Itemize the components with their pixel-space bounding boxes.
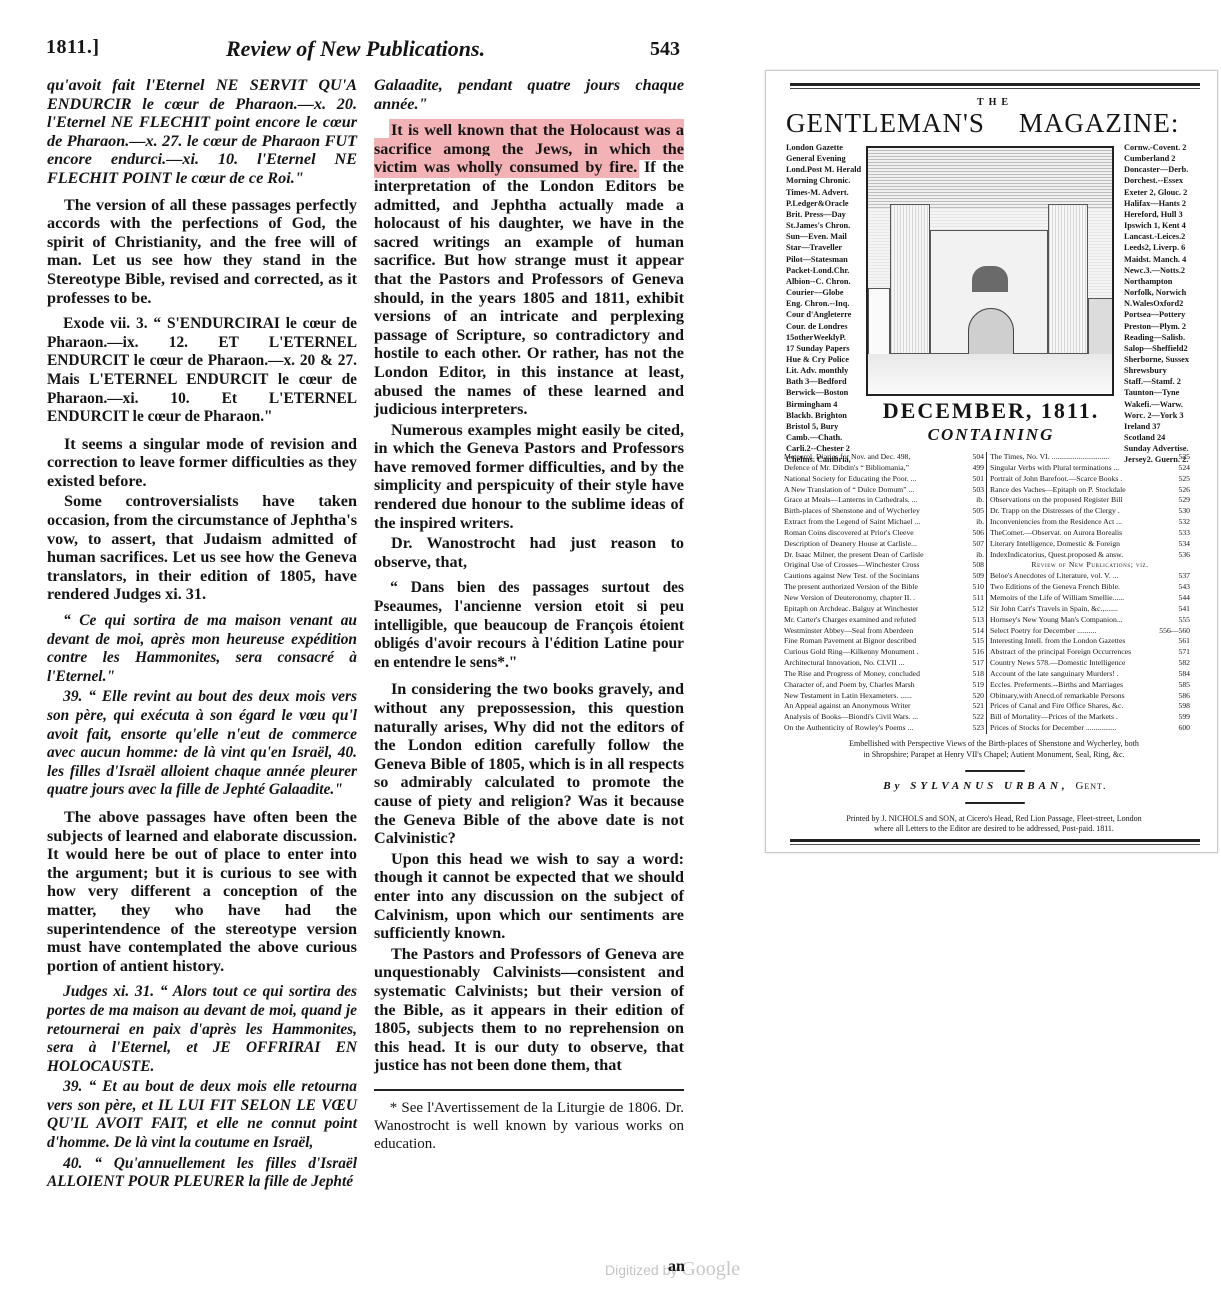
contents-row: Mr. Carter's Charges examined and refute… <box>784 615 984 626</box>
contents-title: Memoirs of the Life of William Smellie..… <box>990 593 1124 604</box>
contents-title: Description of Deanery House at Carlisle… <box>784 539 917 550</box>
contents-title: Epitaph on Archdeac. Balguy at Wincheste… <box>784 604 918 615</box>
paragraph: The version of all these passages perfec… <box>47 196 357 308</box>
contents-page: 503 <box>970 485 984 496</box>
contents-page: 599 <box>1176 712 1190 723</box>
contents-row: Description of Deanery House at Carlisle… <box>784 539 984 550</box>
contents-title: Beloe's Anecdotes of Literature, vol. V.… <box>990 571 1118 582</box>
contents-title: Literary Intelligence, Domestic & Foreig… <box>990 539 1120 550</box>
contents-page: 536 <box>1176 550 1190 561</box>
author-title: Gent. <box>1075 780 1106 792</box>
contents-title: New Testament in Latin Hexameters. .....… <box>784 691 912 702</box>
contents-row: Observations on the proposed Register Bi… <box>990 495 1190 506</box>
contents-page: 534 <box>1176 539 1190 550</box>
contents-page: ib. <box>974 550 984 561</box>
contents-row: Obituary,with Anecd.of remarkable Person… <box>990 691 1190 702</box>
contents-page: 533 <box>1176 528 1190 539</box>
issue-date: DECEMBER, 1811. <box>866 398 1116 424</box>
newspaper-list: London GazetteGeneral EveningLond.Post M… <box>786 142 864 466</box>
list-item: Sunday Advertise. <box>1124 443 1208 454</box>
contents-title: National Society for Educating the Poor.… <box>784 474 916 485</box>
contents-title: New Version of Deuteronomy, chapter II. … <box>784 593 915 604</box>
contents-title: Abstract of the principal Foreign Occurr… <box>990 647 1131 658</box>
contents-row: Account of the late sanguinary Murders! … <box>990 669 1190 680</box>
containing-label: CONTAINING <box>866 425 1116 445</box>
contents-page: 530 <box>1176 506 1190 517</box>
contents-row: Curious Gold Ring—Kilkenny Monument .516 <box>784 647 984 658</box>
paragraph: Numerous examples might easily be cited,… <box>374 421 684 533</box>
paragraph: Galaadite, pendant quatre jours chaque a… <box>374 76 684 113</box>
contents-title: On the Authenticity of Rowley's Poems ..… <box>784 723 913 734</box>
running-head: 1811.] Review of New Publications. 543 <box>46 36 686 66</box>
contents-title: Account of the late sanguinary Murders! … <box>990 669 1119 680</box>
contents-page: 585 <box>1176 680 1190 691</box>
footnote: * See l'Avertissement de la Liturgie de … <box>374 1099 684 1153</box>
contents-row: Dr. Trapp on the Distresses of the Clerg… <box>990 506 1190 517</box>
paragraph: It is well known that the Holocaust was … <box>374 121 684 419</box>
contents-title: An Appeal against an Anonymous Writer <box>784 701 911 712</box>
contents-row: The present authorized Version of the Bi… <box>784 582 984 593</box>
list-item: Cour d'Angleterre <box>786 309 864 320</box>
list-item: Times-M. Advert. <box>786 187 864 198</box>
engraving-right-tower <box>1048 204 1088 354</box>
list-item: Newc.3.—Notts.2 <box>1124 265 1208 276</box>
imprint-line-1: Printed by J. NICHOLS and SON, at Cicero… <box>784 814 1204 825</box>
engraving-window <box>972 266 1008 292</box>
contents-page: 520 <box>970 691 984 702</box>
contents-row: Character of, and Poem by, Charles Marsh… <box>784 680 984 691</box>
contents-row: Analysis of Books—Biondi's Civil Wars. .… <box>784 712 984 723</box>
paragraph: qu'avoit fait l'Eternel NE SERVIT QU'A E… <box>47 76 357 188</box>
contents-title: The Times, No. VI. .....................… <box>990 452 1109 463</box>
paragraph: Some controversialists have taken occasi… <box>47 492 357 604</box>
contents-row: Roman Coins discovered at Prior's Cleeve… <box>784 528 984 539</box>
list-item: Morning Chronic. <box>786 175 864 186</box>
paragraph: The Pastors and Professors of Geneva are… <box>374 945 684 1075</box>
list-item: Salop—Sheffield2 <box>1124 343 1208 354</box>
engraving-archway <box>968 308 1014 356</box>
list-item: Jersey2. Guern. 2. <box>1124 454 1208 465</box>
contents-page: 582 <box>1176 658 1190 669</box>
paragraph: Exode vii. 3. “ S'ENDURCIRAI le cœur de … <box>47 315 357 427</box>
contents-row: National Society for Educating the Poor.… <box>784 474 984 485</box>
contents-title: Cautions against New Test. of the Socini… <box>784 571 919 582</box>
contents-title: Prices of Stocks for December ..........… <box>990 723 1117 734</box>
contents-page: 541 <box>1176 604 1190 615</box>
contents-page: 598 <box>1176 701 1190 712</box>
quote-paragraph: “ Ce qui sortira de ma maison venant au … <box>47 612 357 686</box>
list-item: Halifax—Hants 2 <box>1124 198 1208 209</box>
contents-title: Mr. Carter's Charges examined and refute… <box>784 615 916 626</box>
list-item: Northampton <box>1124 276 1208 287</box>
list-item: Chelms. Cambria, <box>786 454 864 465</box>
contents-page: 556—560 <box>1157 626 1190 637</box>
list-item: Courier—Globe <box>786 287 864 298</box>
engraving-right-house <box>1088 298 1114 358</box>
list-item: Portsea—Pottery <box>1124 309 1208 320</box>
contents-row: Select Poetry for December ..........556… <box>990 626 1190 637</box>
contents-row: Memoirs of the Life of William Smellie..… <box>990 593 1190 604</box>
engraving-road <box>868 354 1112 394</box>
contents-row: Prices of Canal and Fire Office Shares, … <box>990 701 1190 712</box>
contents-title: Original Use of Crosses—Winchester Cross <box>784 560 919 571</box>
list-item: Ireland 37 <box>1124 421 1208 432</box>
catchword: an <box>668 1258 685 1276</box>
contents-page: 499 <box>970 463 984 474</box>
contents-row: Original Use of Crosses—Winchester Cross… <box>784 560 984 571</box>
contents-row: The Rise and Progress of Money, conclude… <box>784 669 984 680</box>
contents-page: 516 <box>970 647 984 658</box>
list-item: Camb.—Chath. <box>786 432 864 443</box>
contents-page: 600 <box>1176 723 1190 734</box>
list-item: Berwick—Boston <box>786 387 864 398</box>
contents-row: Birth-places of Shenstone and of Wycherl… <box>784 506 984 517</box>
paragraph: Upon this head we wish to say a word: th… <box>374 850 684 943</box>
contents-title: The Rise and Progress of Money, conclude… <box>784 669 920 680</box>
contents-row: Cautions against New Test. of the Socini… <box>784 571 984 582</box>
list-item: Cornw.-Covent. 2 <box>1124 142 1208 153</box>
contents-page: 532 <box>1176 517 1190 528</box>
contents-row: New Version of Deuteronomy, chapter II. … <box>784 593 984 604</box>
list-item: Cumberland 2 <box>1124 153 1208 164</box>
author-name: By SYLVANUS URBAN, <box>883 780 1068 792</box>
engraving-left-house <box>868 288 890 358</box>
list-item: P.Ledger&Oracle <box>786 198 864 209</box>
list-item: Bath 3—Bedford <box>786 376 864 387</box>
towns-list: Cornw.-Covent. 2Cumberland 2Doncaster—De… <box>1124 142 1208 466</box>
list-item: Albion--C. Chron. <box>786 276 864 287</box>
engraving-left-tower <box>890 204 930 354</box>
contents-page: 526 <box>1176 485 1190 496</box>
contents-page: 517 <box>970 658 984 669</box>
ornament-divider <box>965 802 1025 804</box>
contents-title: Prices of Canal and Fire Office Shares, … <box>990 701 1123 712</box>
contents-row: Eccles. Preferments.--Births and Marriag… <box>990 680 1190 691</box>
imprint-line-2: where all Letters to the Editor are desi… <box>784 824 1204 835</box>
list-item: 17 Sunday Papers <box>786 343 864 354</box>
quote-paragraph: 39. “ Et au bout de deux mois elle retou… <box>47 1078 357 1152</box>
contents-row: TheComet.—Observat. on Aurora Borealis53… <box>990 528 1190 539</box>
running-head-year: 1811.] <box>46 36 100 59</box>
contents-page: 508 <box>970 560 984 571</box>
contents-page: 506 <box>970 528 984 539</box>
contents-page: 543 <box>1176 582 1190 593</box>
contents-page: 544 <box>1176 593 1190 604</box>
page-number: 543 <box>650 38 680 61</box>
list-item: Star—Traveller <box>786 242 864 253</box>
contents-row: Dr. Isaac Milner, the present Dean of Ca… <box>784 550 984 561</box>
list-item: Cour. de Londres <box>786 321 864 332</box>
contents-title: Obituary,with Anecd.of remarkable Person… <box>990 691 1125 702</box>
contents-title: Grace at Meals—Lanterns in Cathedrals. .… <box>784 495 917 506</box>
contents-page: 522 <box>970 712 984 723</box>
list-item: Shrewsbury <box>1124 365 1208 376</box>
contents-title: Hornsey's New Young Man's Companion... <box>990 615 1123 626</box>
list-item: Exeter 2, Glouc. 2 <box>1124 187 1208 198</box>
quote-paragraph: 40. “ Qu'annuellement les filles d'Israë… <box>47 1155 357 1192</box>
quote-paragraph: 39. “ Elle revint au bout des deux mois … <box>47 688 357 800</box>
contents-title: Country News 578.—Domestic Intelligence <box>990 658 1125 669</box>
contents-title: Birth-places of Shenstone and of Wycherl… <box>784 506 920 517</box>
book-page: 1811.] Review of New Publications. 543 q… <box>0 0 755 1305</box>
contents-page: 513 <box>970 615 984 626</box>
contents-page: 555 <box>1176 615 1190 626</box>
contents-title: Bill of Mortality—Prices of the Markets … <box>990 712 1118 723</box>
list-item: Hue & Cry Police <box>786 354 864 365</box>
right-column: Galaadite, pendant quatre jours chaque a… <box>374 76 684 1155</box>
contents-row: Review of New Publications; viz. <box>990 560 1190 571</box>
contents-right-column: The Times, No. VI. .....................… <box>987 452 1190 734</box>
contents-title: Analysis of Books—Biondi's Civil Wars. .… <box>784 712 918 723</box>
cover-middle: London GazetteGeneral EveningLond.Post M… <box>790 142 1200 444</box>
list-item: Wakefi.—Warw. <box>1124 399 1208 410</box>
top-rule-thin <box>790 88 1200 89</box>
contents-row: On the Authenticity of Rowley's Poems ..… <box>784 723 984 734</box>
title-word-1: GENTLEMAN'S <box>786 108 985 138</box>
list-item: Eng. Chron.--Inq. <box>786 298 864 309</box>
contents-title: Interesting Intell. from the London Gaze… <box>990 636 1125 647</box>
contents-row: New Testament in Latin Hexameters. .....… <box>784 691 984 702</box>
contents-page: 511 <box>971 593 984 604</box>
contents-page: 584 <box>1176 669 1190 680</box>
list-item: Doncaster—Derb. <box>1124 164 1208 175</box>
footnote-divider <box>374 1089 684 1091</box>
running-head-title: Review of New Publications. <box>226 36 485 62</box>
paragraph: The above passages have often been the s… <box>47 808 357 975</box>
contents-title: TheComet.—Observat. on Aurora Borealis <box>990 528 1122 539</box>
list-item: Carli.2--Chester 2 <box>786 443 864 454</box>
list-item: London Gazette <box>786 142 864 153</box>
list-item: Sherborne, Sussex <box>1124 354 1208 365</box>
magazine-cover-thumbnail[interactable]: THE GENTLEMAN'SMAGAZINE: London GazetteG… <box>765 70 1218 853</box>
list-item: Maidst. Manch. 4 <box>1124 254 1208 265</box>
contents-title: Observations on the proposed Register Bi… <box>990 495 1123 506</box>
list-item: Ipswich 1, Kent 4 <box>1124 220 1208 231</box>
watermark-prefix: Digitized by <box>605 1262 677 1278</box>
left-column: qu'avoit fait l'Eternel NE SERVIT QU'A E… <box>47 76 357 1194</box>
list-item: Pilot—Statesman <box>786 254 864 265</box>
list-item: Scotland 24 <box>1124 432 1208 443</box>
list-item: Birmingham 4 <box>786 399 864 410</box>
quote-paragraph: Judges xi. 31. “ Alors tout ce qui sorti… <box>47 983 357 1076</box>
contents-title: Inconveniencies from the Residence Act .… <box>990 517 1122 528</box>
contents-page: 504 <box>970 452 984 463</box>
bottom-rule-thin <box>790 844 1200 845</box>
contents-page: 521 <box>970 701 984 712</box>
contents-title: Portrait of John Barefoot.—Scarce Books … <box>990 474 1122 485</box>
cover-the: THE <box>790 97 1200 108</box>
contents-title: Sir John Carr's Travels in Spain, &c.,..… <box>990 604 1118 615</box>
list-item: 15otherWeeklyP. <box>786 332 864 343</box>
contents-title: IndexIndicatorius, Quest.proposed & answ… <box>990 550 1123 561</box>
author-line: By SYLVANUS URBAN, Gent. <box>790 780 1200 792</box>
list-item: Bristol 5, Bury <box>786 421 864 432</box>
contents-title: Curious Gold Ring—Kilkenny Monument . <box>784 647 918 658</box>
watermark-brand: Google <box>681 1258 740 1280</box>
paragraph: It seems a singular mode of revision and… <box>47 435 357 491</box>
contents-page: 525 <box>1176 474 1190 485</box>
title-word-2: MAGAZINE: <box>1019 108 1179 138</box>
contents-page: 523 <box>970 723 984 734</box>
contents-title: Dr. Trapp on the Distresses of the Clerg… <box>990 506 1120 517</box>
contents-title: Rance des Vaches—Epitaph on P. Stockdale <box>990 485 1126 496</box>
paragraph: Dr. Wanostrocht had just reason to obser… <box>374 534 684 571</box>
list-item: Staff.—Stamf. 2 <box>1124 376 1208 387</box>
contents-row: Country News 578.—Domestic Intelligence5… <box>990 658 1190 669</box>
contents-page: ib. <box>974 517 984 528</box>
quote-paragraph: “ Dans bien des passages surtout des Pse… <box>374 579 684 672</box>
highlighted-text[interactable]: It is well known that the Holocaust was … <box>374 121 684 176</box>
contents-row: Epitaph on Archdeac. Balguy at Wincheste… <box>784 604 984 615</box>
bottom-rule <box>790 839 1200 842</box>
contents-row: Prices of Stocks for December ..........… <box>990 723 1190 734</box>
contents-title: The present authorized Version of the Bi… <box>784 582 918 593</box>
contents-page: ib. <box>974 495 984 506</box>
contents-row: Two Editions of the Geneva French Bible.… <box>990 582 1190 593</box>
contents-title: Singular Verbs with Plural terminations … <box>990 463 1119 474</box>
contents-page: 515 <box>970 636 984 647</box>
contents-page: 512 <box>970 604 984 615</box>
contents-row: Bill of Mortality—Prices of the Markets … <box>990 712 1190 723</box>
list-item: Lit. Adv. monthly <box>786 365 864 376</box>
contents-title: Fine Roman Pavement at Bignor described <box>784 636 916 647</box>
contents-row: Extract from the Legend of Saint Michael… <box>784 517 984 528</box>
contents-page: 514 <box>970 626 984 637</box>
contents-row: Westminster Abbey—Seal from Aberdeen514 <box>784 626 984 637</box>
contents-row: Abstract of the principal Foreign Occurr… <box>990 647 1190 658</box>
list-item: Brit. Press—Day <box>786 209 864 220</box>
imprint: Printed by J. NICHOLS and SON, at Cicero… <box>784 814 1204 835</box>
list-item: Taunton—Tyne <box>1124 387 1208 398</box>
contents-row: Beloe's Anecdotes of Literature, vol. V.… <box>990 571 1190 582</box>
list-item: N.WalesOxford2 <box>1124 298 1208 309</box>
magazine-title: GENTLEMAN'SMAGAZINE: <box>786 108 1200 139</box>
list-item: Leeds2, Liverp. 6 <box>1124 242 1208 253</box>
list-item: Packet-Lond.Chr. <box>786 265 864 276</box>
contents-row: Literary Intelligence, Domestic & Foreig… <box>990 539 1190 550</box>
embellished-line-1: Embellished with Perspective Views of th… <box>784 738 1204 749</box>
contents-row: Architectural Innovation, No. CLVII ...5… <box>784 658 984 669</box>
contents-title: Select Poetry for December .......... <box>990 626 1096 637</box>
contents-row: Rance des Vaches—Epitaph on P. Stockdale… <box>990 485 1190 496</box>
contents-title: Westminster Abbey—Seal from Aberdeen <box>784 626 913 637</box>
list-item: Lond.Post M. Herald <box>786 164 864 175</box>
list-item: Dorchest.--Essex <box>1124 175 1208 186</box>
gatehouse-engraving <box>866 146 1114 396</box>
contents-title: A New Translation of “ Dulce Domum” ... <box>784 485 914 496</box>
list-item: Sun—Even. Mail <box>786 231 864 242</box>
contents-row: An Appeal against an Anonymous Writer521 <box>784 701 984 712</box>
contents-page: 510 <box>970 582 984 593</box>
contents-row: Inconveniencies from the Residence Act .… <box>990 517 1190 528</box>
contents-row: Interesting Intell. from the London Gaze… <box>990 636 1190 647</box>
contents-row: Grace at Meals—Lanterns in Cathedrals. .… <box>784 495 984 506</box>
contents-title: Two Editions of the Geneva French Bible. <box>990 582 1120 593</box>
contents-row: Fine Roman Pavement at Bignor described5… <box>784 636 984 647</box>
embellishments-note: Embellished with Perspective Views of th… <box>784 738 1204 760</box>
list-item: Reading—Salisb. <box>1124 332 1208 343</box>
contents-page: 519 <box>970 680 984 691</box>
contents-page: 529 <box>1176 495 1190 506</box>
ornament-divider <box>965 770 1025 772</box>
table-of-contents: Meteorol. Diaries for Nov. and Dec. 498,… <box>790 452 1200 734</box>
contents-page: 518 <box>970 669 984 680</box>
contents-page: 537 <box>1176 571 1190 582</box>
top-rule <box>790 83 1200 86</box>
embellished-line-2: in Shropshire; Parapet at Henry VII's Ch… <box>784 749 1204 760</box>
list-item: Lancast.-Leices.2 <box>1124 231 1208 242</box>
contents-title: Extract from the Legend of Saint Michael… <box>784 517 920 528</box>
contents-left-column: Meteorol. Diaries for Nov. and Dec. 498,… <box>784 452 987 734</box>
contents-page: 571 <box>1176 647 1190 658</box>
contents-page: 501 <box>970 474 984 485</box>
contents-page: 507 <box>970 539 984 550</box>
contents-title: Architectural Innovation, No. CLVII ... <box>784 658 904 669</box>
list-item: Blackb. Brighton <box>786 410 864 421</box>
contents-page: 561 <box>1176 636 1190 647</box>
contents-title: Roman Coins discovered at Prior's Cleeve <box>784 528 914 539</box>
list-item: Hereford, Hull 3 <box>1124 209 1208 220</box>
contents-title: Eccles. Preferments.--Births and Marriag… <box>990 680 1123 691</box>
contents-page: 509 <box>970 571 984 582</box>
contents-row: A New Translation of “ Dulce Domum” ...5… <box>784 485 984 496</box>
contents-title: Character of, and Poem by, Charles Marsh <box>784 680 915 691</box>
contents-row: Hornsey's New Young Man's Companion...55… <box>990 615 1190 626</box>
list-item: Preston—Plym. 2 <box>1124 321 1208 332</box>
paragraph: In considering the two books gravely, an… <box>374 680 684 847</box>
contents-title: Dr. Isaac Milner, the present Dean of Ca… <box>784 550 924 561</box>
contents-row: IndexIndicatorius, Quest.proposed & answ… <box>990 550 1190 561</box>
paragraph-continuation: If the interpretation of the London Edit… <box>374 158 684 418</box>
list-item: St.James's Chron. <box>786 220 864 231</box>
contents-page: 505 <box>970 506 984 517</box>
list-item: Norfolk, Norwich <box>1124 287 1208 298</box>
list-item: General Evening <box>786 153 864 164</box>
contents-page: 586 <box>1176 691 1190 702</box>
engraving-sky <box>868 148 1112 208</box>
list-item: Worc. 2—York 3 <box>1124 410 1208 421</box>
contents-row: Portrait of John Barefoot.—Scarce Books … <box>990 474 1190 485</box>
contents-row: Sir John Carr's Travels in Spain, &c.,..… <box>990 604 1190 615</box>
